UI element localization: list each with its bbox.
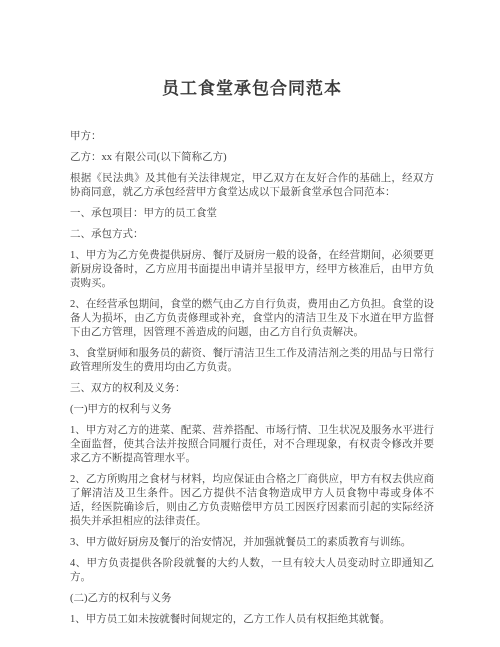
preamble-paragraph: 根据《民法典》及其他有关法律规定，甲乙双方在友好合作的基础上，经双方协商同意，就…: [70, 172, 434, 200]
section-3-part-1-item-3: 3、甲方做好厨房及餐厅的治安情况，并加强就餐员工的素质教育与训练。: [70, 536, 434, 550]
document-title: 员工食堂承包合同范本: [70, 78, 434, 100]
contract-document: 员工食堂承包合同范本 甲方： 乙方：xx 有限公司(以下简称乙方) 根据《民法典…: [0, 0, 500, 647]
section-3-part-1-heading: (一)甲方的权利与义务: [70, 403, 434, 417]
section-3-part-2-heading: (二)乙方的权利与义务: [70, 592, 434, 606]
section-2-item-3: 3、食堂厨师和服务员的薪资、餐厅清洁卫生工作及清洁剂之类的用品与日常行政管理所发…: [70, 347, 434, 375]
party-a-line: 甲方：: [70, 130, 434, 144]
section-3-heading: 三、双方的权利及义务：: [70, 382, 434, 396]
section-1-heading: 一、承包项目：甲方的员工食堂: [70, 207, 434, 221]
section-3-part-2-item-1: 1、甲方员工如未按就餐时间规定的，乙方工作人员有权拒绝其就餐。: [70, 613, 434, 627]
section-2-item-1: 1、甲方为乙方免费提供厨房、餐厅及厨房一般的设备，在经营期间，必须要更新厨房设备…: [70, 249, 434, 291]
section-2-item-2: 2、在经营承包期间，食堂的燃气由乙方自行负责，费用由乙方负担。食堂的设备人为损坏…: [70, 298, 434, 340]
section-3-part-1-item-2: 2、乙方所购用之食材与材料，均应保证由合格之厂商供应，甲方有权去供应商了解清洁及…: [70, 473, 434, 529]
section-3-part-1-item-4: 4、甲方负责提供各阶段就餐的大约人数，一旦有较大人员变动时立即通知乙方。: [70, 557, 434, 585]
party-b-line: 乙方：xx 有限公司(以下简称乙方): [70, 151, 434, 165]
section-3-part-1-item-1: 1、甲方对乙方的进菜、配菜、营养搭配、市场行情、卫生状况及服务水平进行全面监督，…: [70, 424, 434, 466]
section-2-heading: 二、承包方式：: [70, 228, 434, 242]
